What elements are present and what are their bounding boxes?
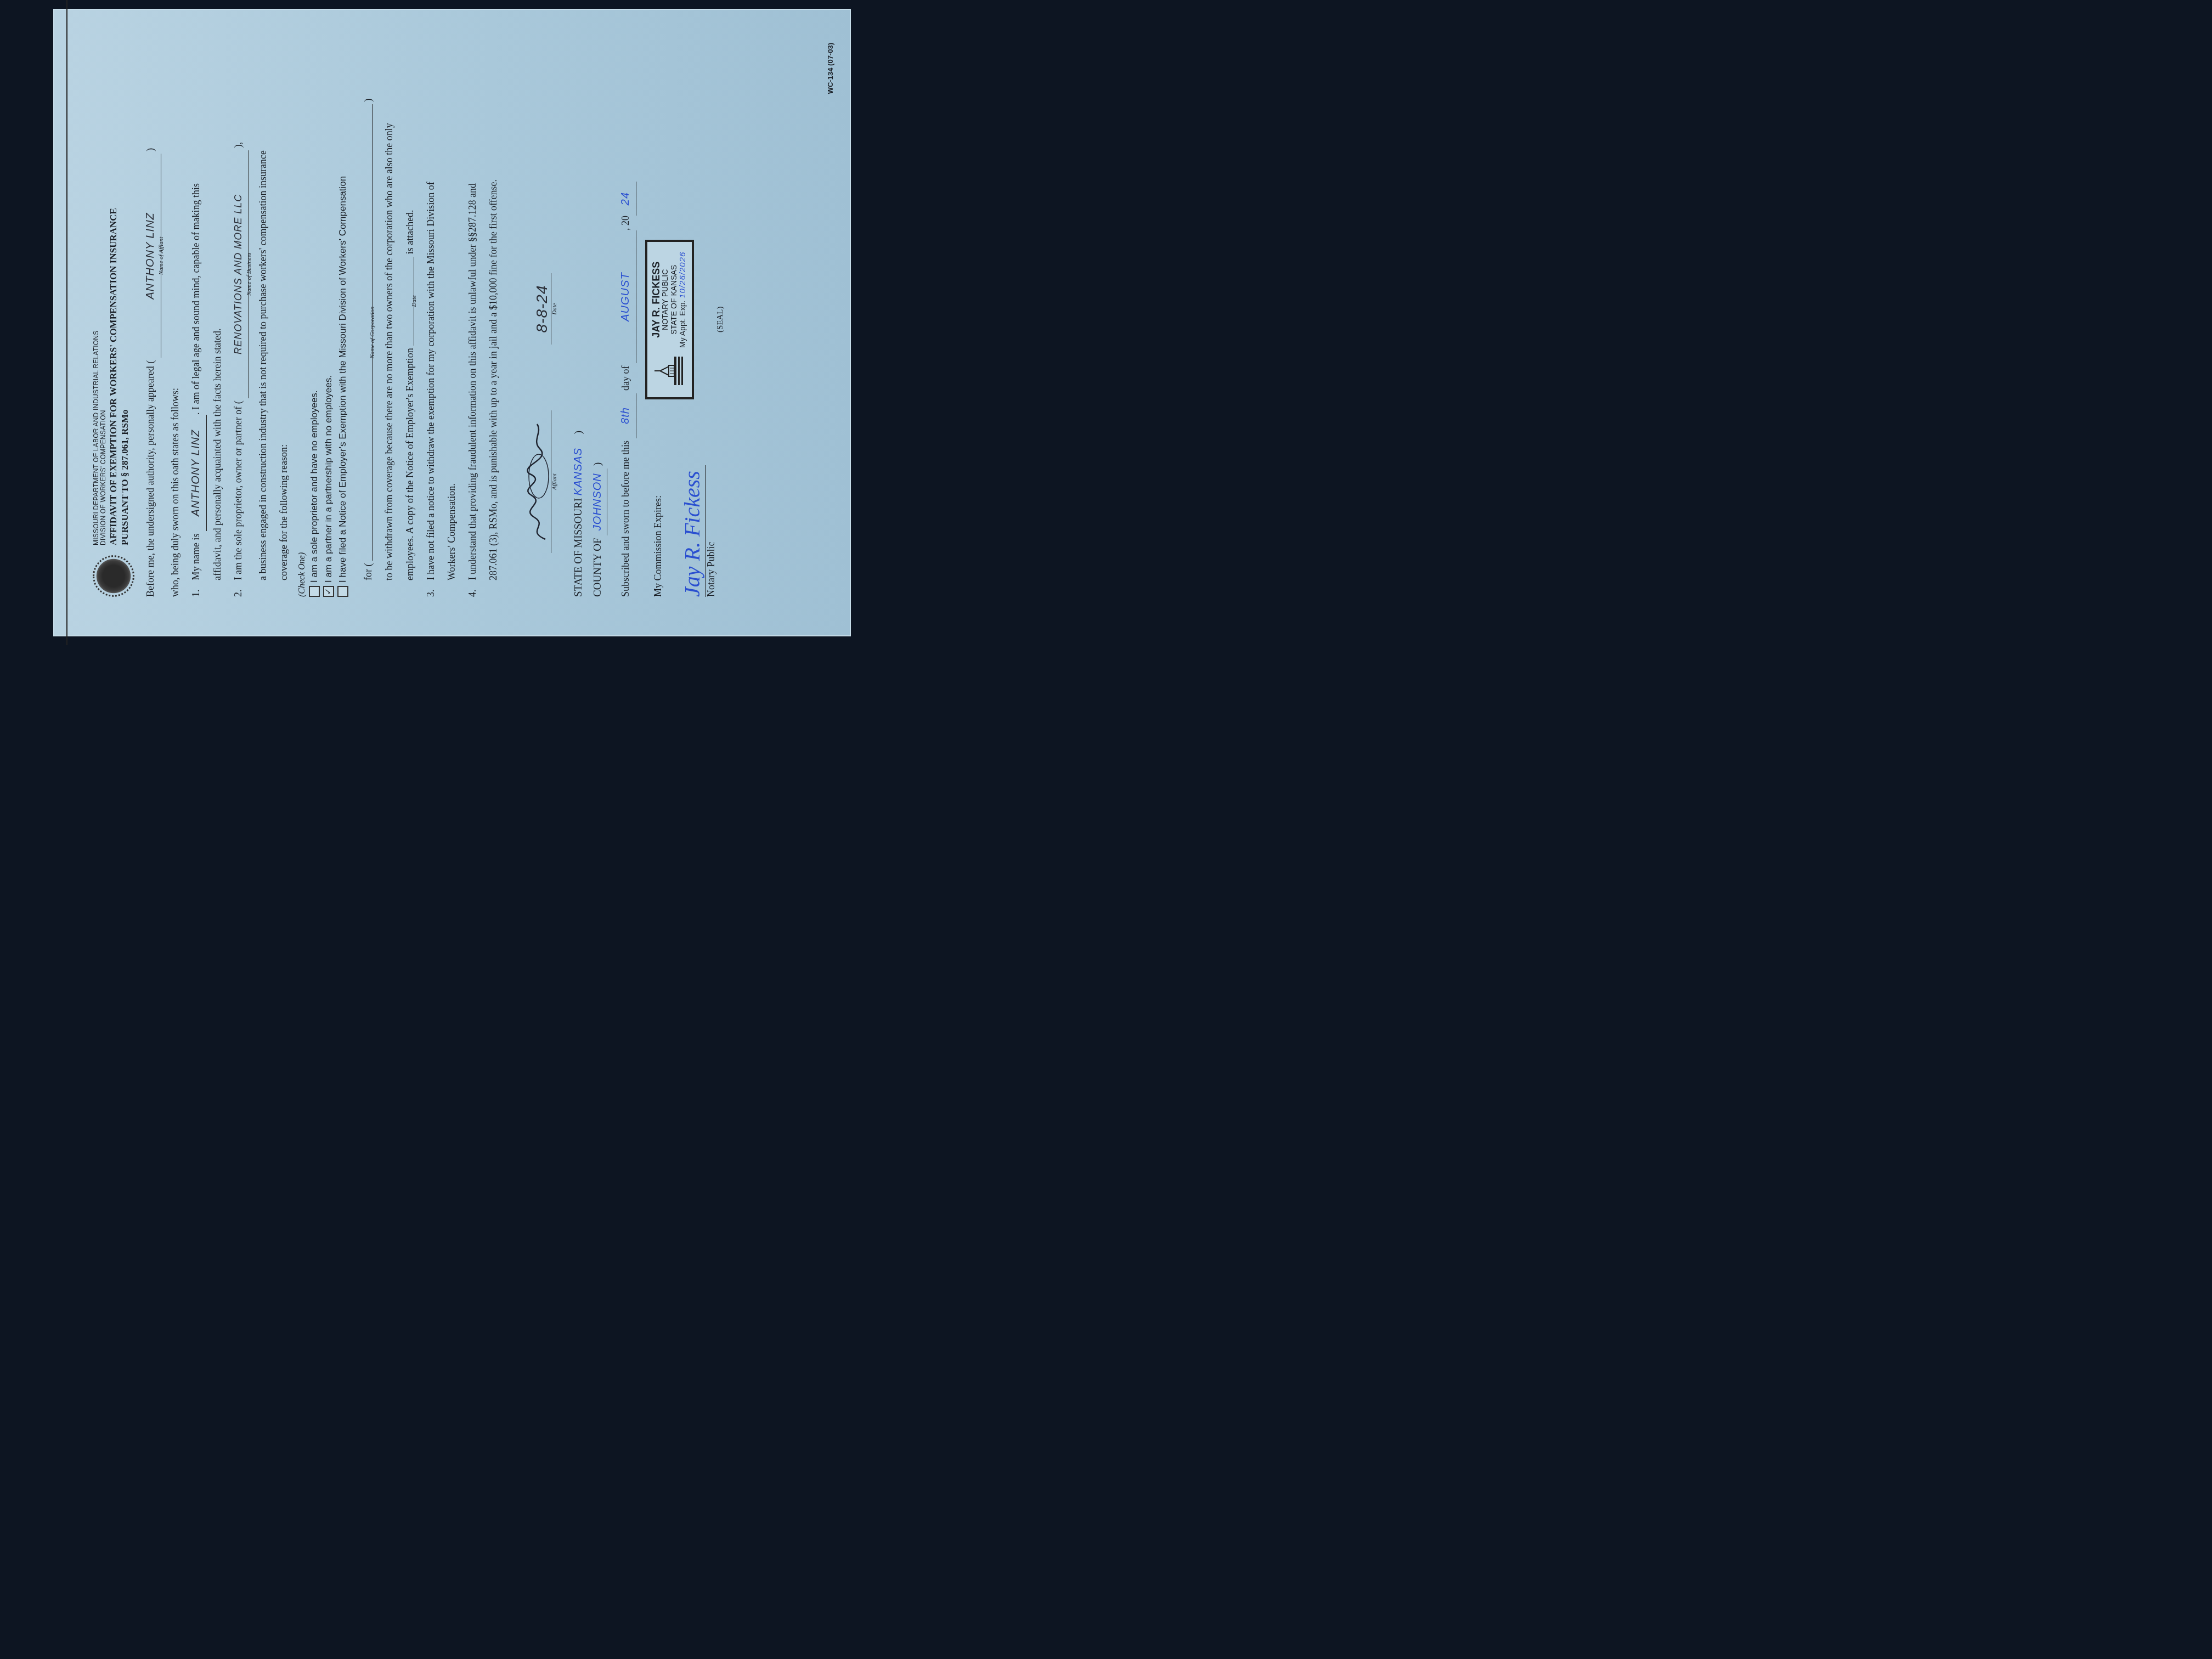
intro-paragraph: Before me, the undersigned authority, pe… [140, 43, 185, 597]
affiant-signature-row: Affiant 8-8-24 Date [523, 43, 558, 553]
my-name-field[interactable]: ANTHONY LINZ [185, 415, 207, 531]
jurat-year-field[interactable]: 24 [615, 182, 636, 216]
checkbox-partner[interactable]: ✓ [323, 586, 334, 597]
item-1: 1. My name is ANTHONY LINZ. I am of lega… [185, 43, 228, 597]
affiant-date-field[interactable]: 8-8-24 [523, 273, 551, 345]
division-name: DIVISION OF WORKERS' COMPENSATION [100, 208, 107, 545]
item-2: 2. I am the sole proprietor, owner or pa… [228, 43, 294, 597]
missouri-seal-icon [93, 555, 134, 597]
notice-date-field[interactable]: Date [399, 257, 417, 346]
top-rule [66, 0, 67, 645]
state-value[interactable]: KANSAS [572, 448, 584, 495]
appointment-expiration[interactable]: 10/26/2026 [678, 252, 687, 298]
checkbox-sole-proprietor[interactable] [309, 586, 320, 597]
business-name-field[interactable]: RENOVATIONS AND MORE LLC Name of Busines… [228, 150, 252, 398]
affiant-signature-field[interactable] [523, 410, 551, 553]
check-one-label: (Check One) [297, 43, 307, 597]
jurat-day-field[interactable]: 8th [615, 393, 636, 438]
capitol-building-icon [653, 354, 686, 387]
item-4: 4. I understand that providing fraudulen… [462, 43, 504, 597]
commission-expires-label: My Commission Expires: [647, 465, 668, 597]
jurat-month-field[interactable]: AUGUST [615, 230, 636, 363]
notary-signature[interactable]: Jay R. Fickess [679, 465, 705, 597]
checkbox-notice-filed[interactable] [337, 586, 348, 597]
county-value[interactable]: JOHNSON [588, 469, 607, 535]
affiant-name-field[interactable]: ANTHONY LINZ Name of Affiant [140, 154, 165, 358]
state-label: STATE OF MISSOURI [573, 498, 584, 597]
venue-block: STATE OF MISSOURI KANSAS ) COUNTY OF JOH… [569, 43, 607, 597]
affidavit-page: MISSOURI DEPARTMENT OF LABOR AND INDUSTR… [54, 10, 850, 635]
corporation-section: for ( Name of Corporation ) to be withdr… [358, 43, 420, 597]
jurat: Subscribed and sworn to before me this 8… [615, 43, 636, 597]
corporation-name-field[interactable]: Name of Corporation [358, 104, 376, 561]
option-sole-proprietor[interactable]: I am a sole proprietor and have no emplo… [307, 43, 321, 597]
item-3: 3. I have not filed a notice to withdraw… [420, 43, 462, 597]
form-statute: PURSUANT TO § 287.061, RSMo [120, 208, 130, 545]
option-notice-filed[interactable]: I have filed a Notice of Employer's Exem… [336, 43, 350, 597]
seal-label: (SEAL) [716, 307, 725, 333]
county-label: COUNTY OF [592, 538, 603, 597]
notary-public-caption: Notary Public [705, 465, 717, 597]
form-title: AFFIDAVIT OF EXEMPTION FOR WORKERS' COMP… [108, 208, 119, 545]
option-partner[interactable]: ✓ I am a partner in a partnership with n… [321, 43, 336, 597]
form-header: MISSOURI DEPARTMENT OF LABOR AND INDUSTR… [93, 43, 134, 597]
affiant-signature-icon [523, 421, 551, 542]
notary-stamp: JAY R. FICKESS NOTARY PUBLIC STATE OF KA… [645, 240, 694, 399]
form-id: WC-134 (07-03) [826, 43, 834, 94]
